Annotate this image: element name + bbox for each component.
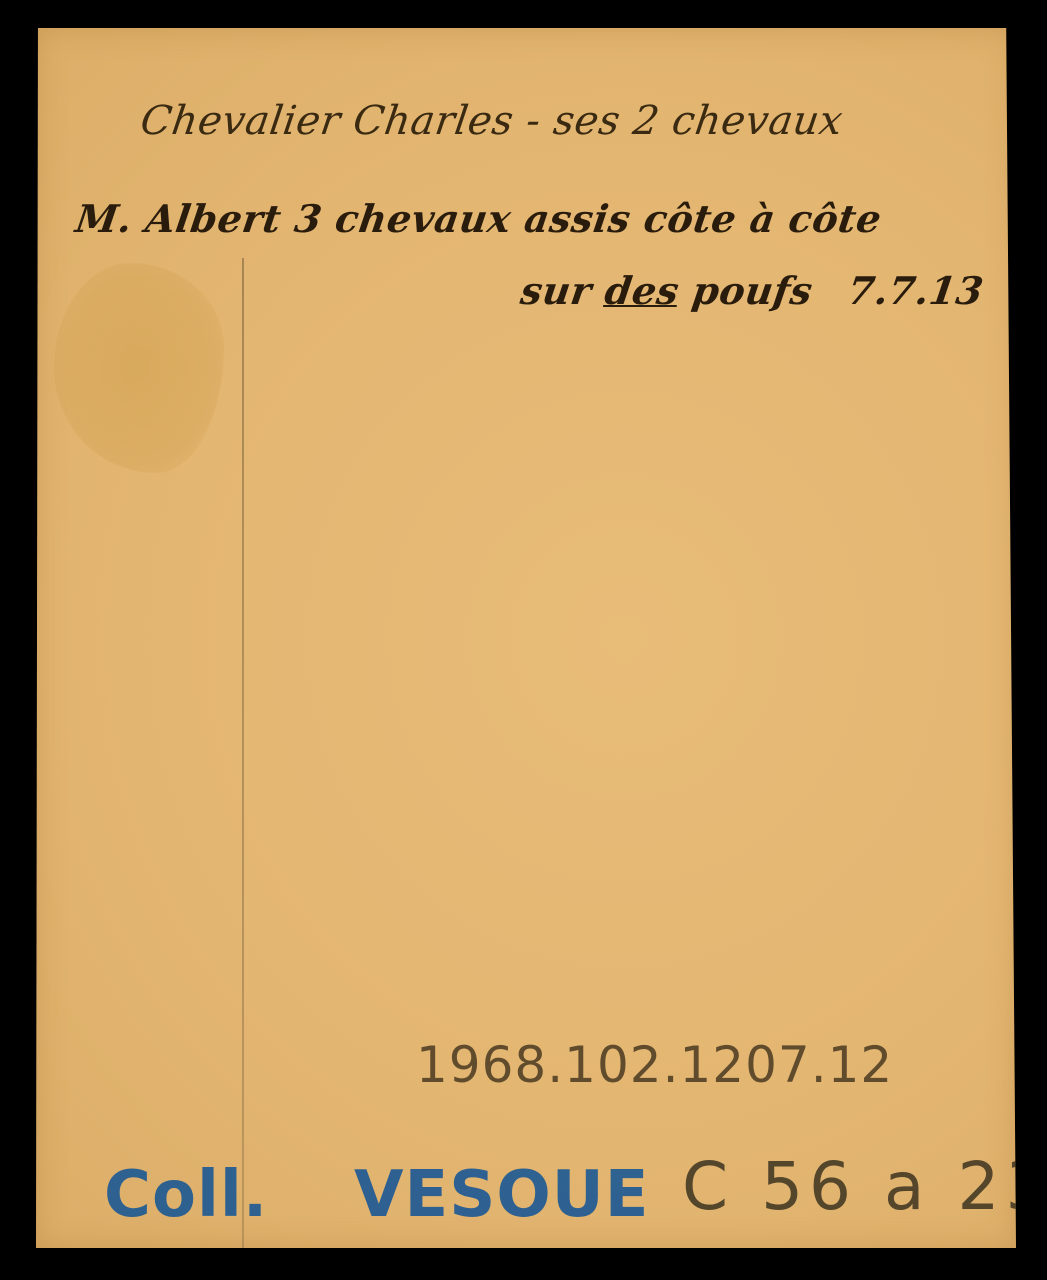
inventory-number: 1968.102.1207.12 — [416, 1036, 893, 1094]
water-stain — [54, 263, 224, 473]
stamp-collection-label: Coll. — [104, 1158, 268, 1232]
stamp-collection-name: VESOUE — [354, 1158, 649, 1232]
inscription-line-3-suffix: poufs — [676, 268, 816, 313]
pencil-rule-line — [242, 258, 244, 1248]
shelf-mark: C 56 a 23 — [682, 1148, 1047, 1225]
inscription-date: 7.7.13 — [845, 268, 987, 313]
inscription-line-1: Chevalier Charles - ses 2 chevaux — [138, 98, 846, 144]
document-card: Chevalier Charles - ses 2 chevaux M. Alb… — [36, 28, 1016, 1248]
inscription-line-3-prefix: sur — [518, 268, 609, 313]
inscription-line-3: sur des poufs 7.7.13 — [518, 268, 987, 313]
inscription-line-2: M. Albert 3 chevaux assis côte à côte — [73, 196, 885, 241]
inscription-underlined-word: des — [602, 268, 682, 313]
